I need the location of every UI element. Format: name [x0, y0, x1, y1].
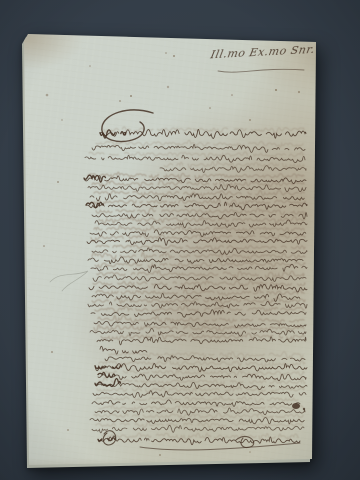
paper-sheet: Ill.mo Ex.mo Snr. [0, 0, 360, 480]
photo-scene: Ill.mo Ex.mo Snr. [0, 0, 360, 480]
manuscript-paper: Ill.mo Ex.mo Snr. [0, 0, 360, 480]
paper-edge-shading [0, 0, 360, 480]
